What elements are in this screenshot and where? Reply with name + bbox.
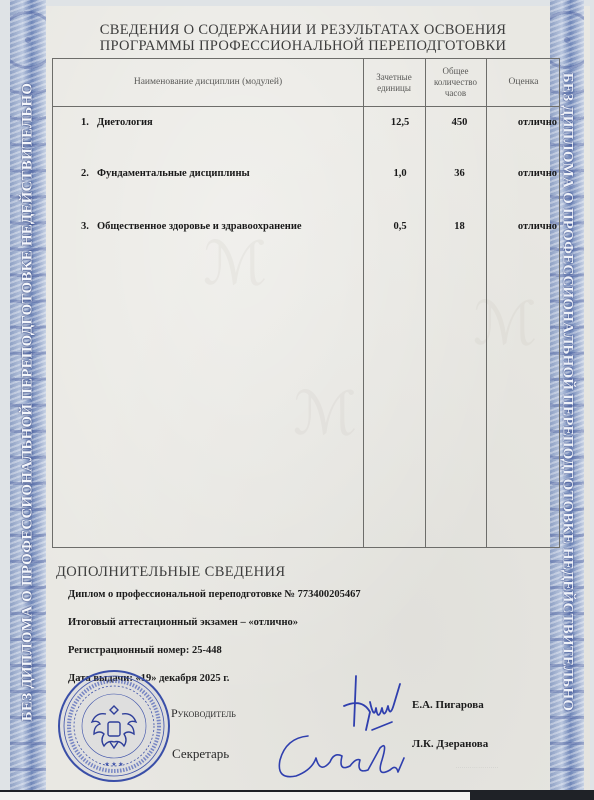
- page-bottom-edge: [0, 792, 470, 800]
- credits-value: 0,5: [363, 221, 425, 232]
- border-warning-text-right: БЕЗ ДИПЛОМА О ПРОФЕССИОНАЛЬНОЙ ПЕРЕПОДГО…: [559, 73, 576, 712]
- hours-value: 18: [425, 221, 486, 232]
- grade-value: отлично: [486, 168, 561, 179]
- row-number: 1.: [81, 117, 89, 128]
- title-line-2: ПРОГРАММЫ ПРОФЕССИОНАЛЬНОЙ ПЕРЕПОДГОТОВК…: [46, 38, 560, 54]
- secretary-role-label: Секретарь: [172, 746, 229, 762]
- svg-text:★ ★ ★: ★ ★ ★: [104, 761, 123, 768]
- header-discipline-name: Наименование дисциплин (модулей): [53, 59, 363, 106]
- credits-value: 12,5: [363, 117, 425, 128]
- credits-value: 1,0: [363, 168, 425, 179]
- watermark-glyph: ℳ: [293, 379, 357, 449]
- table-row: 3. Общественное здоровье и здравоохранен…: [53, 221, 561, 241]
- diploma-number-line: Диплом о профессиональной переподготовке…: [68, 589, 361, 600]
- row-number: 2.: [81, 168, 89, 179]
- header-grade: Оценка: [486, 59, 561, 106]
- table-row: 2. Фундаментальные дисциплины 1,0 36 отл…: [53, 168, 561, 188]
- final-exam-line: Итоговый аттестационный экзамен – «отлич…: [68, 617, 298, 628]
- discipline-name: Общественное здоровье и здравоохранение: [97, 221, 302, 232]
- row-number: 3.: [81, 221, 89, 232]
- discipline-name: Фундаментальные дисциплины: [97, 168, 250, 179]
- table-row: 1. Диетология 12,5 450 отлично: [53, 117, 561, 137]
- hours-value: 450: [425, 117, 486, 128]
- grade-value: отлично: [486, 117, 561, 128]
- header-hours: Общее количество часов: [425, 59, 486, 106]
- border-warning-text-left: БЕЗ ДИПЛОМА О ПРОФЕССИОНАЛЬНОЙ ПЕРЕПОДГО…: [20, 83, 37, 722]
- document-content: СВЕДЕНИЯ О СОДЕРЖАНИИ И РЕЗУЛЬТАТАХ ОСВО…: [46, 0, 550, 800]
- watermark-glyph: ℳ: [473, 289, 537, 359]
- title-line-1: СВЕДЕНИЯ О СОДЕРЖАНИИ И РЕЗУЛЬТАТАХ ОСВО…: [46, 22, 560, 38]
- secretary-signature-icon: [272, 718, 424, 788]
- disciplines-table: ℳ ℳ ℳ Наименование дисциплин (модулей) З…: [52, 58, 560, 548]
- registration-number-line: Регистрационный номер: 25-448: [68, 645, 222, 656]
- head-role-label: Руководитель: [171, 706, 236, 721]
- official-seal-icon: ★ ★ ★: [56, 668, 172, 784]
- document-title: СВЕДЕНИЯ О СОДЕРЖАНИИ И РЕЗУЛЬТАТАХ ОСВО…: [46, 22, 560, 54]
- head-name: Е.А. Пигарова: [412, 699, 484, 711]
- header-credits: Зачетные единицы: [363, 59, 425, 106]
- hours-value: 36: [425, 168, 486, 179]
- grade-value: отлично: [486, 221, 561, 232]
- header-divider: [53, 106, 559, 107]
- printer-imprint: · · · · · · · · · · · · · · · · · · · · …: [456, 766, 498, 770]
- discipline-name: Диетология: [97, 117, 153, 128]
- additional-info-title: ДОПОЛНИТЕЛЬНЫЕ СВЕДЕНИЯ: [56, 564, 285, 581]
- security-border-left: БЕЗ ДИПЛОМА О ПРОФЕССИОНАЛЬНОЙ ПЕРЕПОДГО…: [10, 0, 46, 794]
